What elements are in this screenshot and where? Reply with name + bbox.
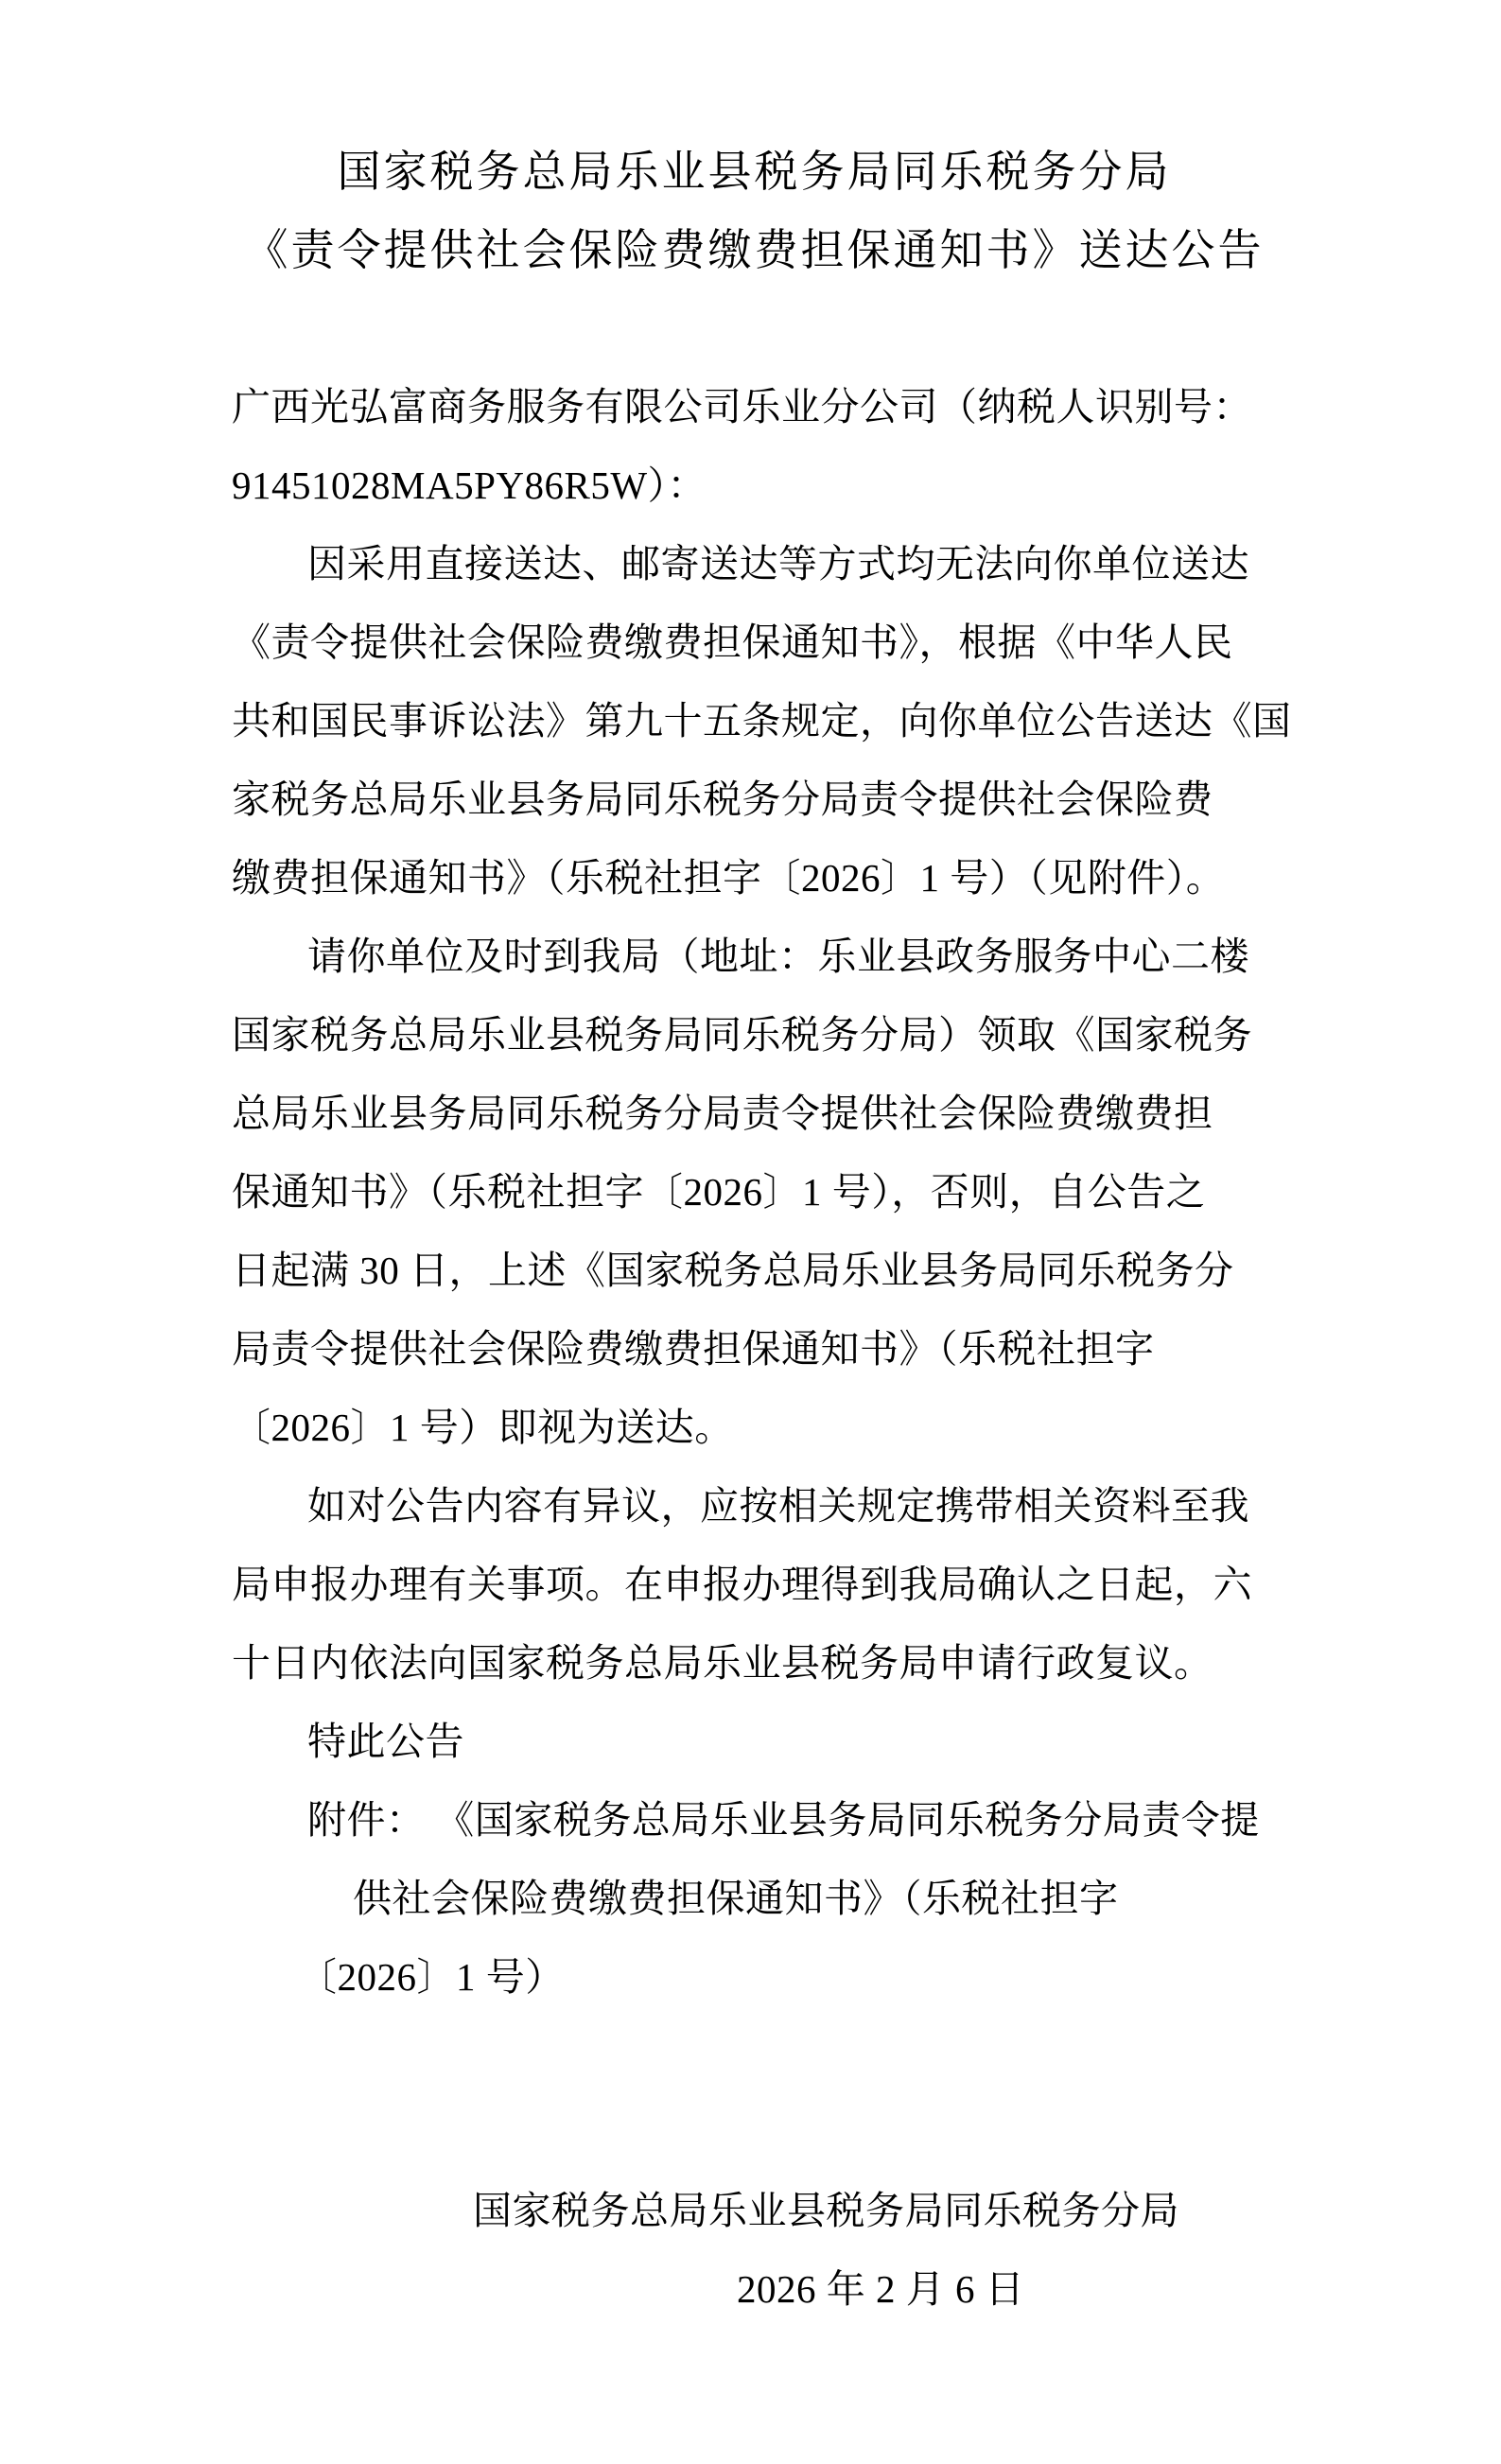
document-line: 〔2026〕1 号）即视为送达。	[232, 1389, 1277, 1467]
body-signature-spacer	[232, 2017, 1277, 2172]
document-line: 共和国民事诉讼法》第九十五条规定，向你单位公告送达《国	[232, 682, 1277, 760]
document-line: 特此公告	[232, 1703, 1277, 1781]
document-line: 局申报办理有关事项。在申报办理得到我局确认之日起，六	[232, 1546, 1277, 1624]
document-title-line-2: 《责令提供社会保险费缴费担保通知书》送达公告	[232, 211, 1277, 289]
document-body: 广西光弘富商务服务有限公司乐业分公司（纳税人识别号：91451028MA5PY8…	[232, 368, 1277, 2017]
document-line: 日起满 30 日，上述《国家税务总局乐业县务局同乐税务分	[232, 1232, 1277, 1310]
document-line: 91451028MA5PY86R5W）：	[232, 446, 1277, 525]
document-line: 供社会保险费缴费担保通知书》（乐税社担字	[232, 1860, 1277, 1938]
document-line: 总局乐业县务局同乐税务分局责令提供社会保险费缴费担	[232, 1075, 1277, 1153]
document-line: 广西光弘富商务服务有限公司乐业分公司（纳税人识别号：	[232, 368, 1277, 446]
document-line: 《责令提供社会保险费缴费担保通知书》，根据《中华人民	[232, 603, 1277, 682]
announcement-document-page: 国家税务总局乐业县税务局同乐税务分局 《责令提供社会保险费缴费担保通知书》送达公…	[0, 0, 1501, 2464]
document-line: 家税务总局乐业县务局同乐税务分局责令提供社会保险费	[232, 760, 1277, 839]
document-line: 附件： 《国家税务总局乐业县务局同乐税务分局责令提	[232, 1781, 1277, 1860]
document-line: 〔2026〕1 号）	[232, 1938, 1277, 2017]
document-title-line-1: 国家税务总局乐业县税务局同乐税务分局	[232, 132, 1277, 211]
document-line: 请你单位及时到我局（地址：乐业县政务服务中心二楼	[232, 917, 1277, 996]
document-line: 十日内依法向国家税务总局乐业县税务局申请行政复议。	[232, 1624, 1277, 1703]
issue-date: 2026 年 2 月 6 日	[232, 2250, 1277, 2329]
document-line: 因采用直接送达、邮寄送达等方式均无法向你单位送达	[232, 525, 1277, 603]
document-line: 局责令提供社会保险费缴费担保通知书》（乐税社担字	[232, 1310, 1277, 1389]
issuing-authority-signature: 国家税务总局乐业县税务局同乐税务分局	[232, 2172, 1277, 2250]
title-body-spacer	[232, 289, 1277, 368]
document-line: 缴费担保通知书》（乐税社担字〔2026〕1 号）（见附件）。	[232, 839, 1277, 917]
document-title: 国家税务总局乐业县税务局同乐税务分局 《责令提供社会保险费缴费担保通知书》送达公…	[232, 132, 1277, 289]
document-line: 国家税务总局乐业县税务局同乐税务分局）领取《国家税务	[232, 996, 1277, 1075]
document-line: 保通知书》（乐税社担字〔2026〕1 号），否则，自公告之	[232, 1153, 1277, 1232]
document-line: 如对公告内容有异议，应按相关规定携带相关资料至我	[232, 1467, 1277, 1546]
